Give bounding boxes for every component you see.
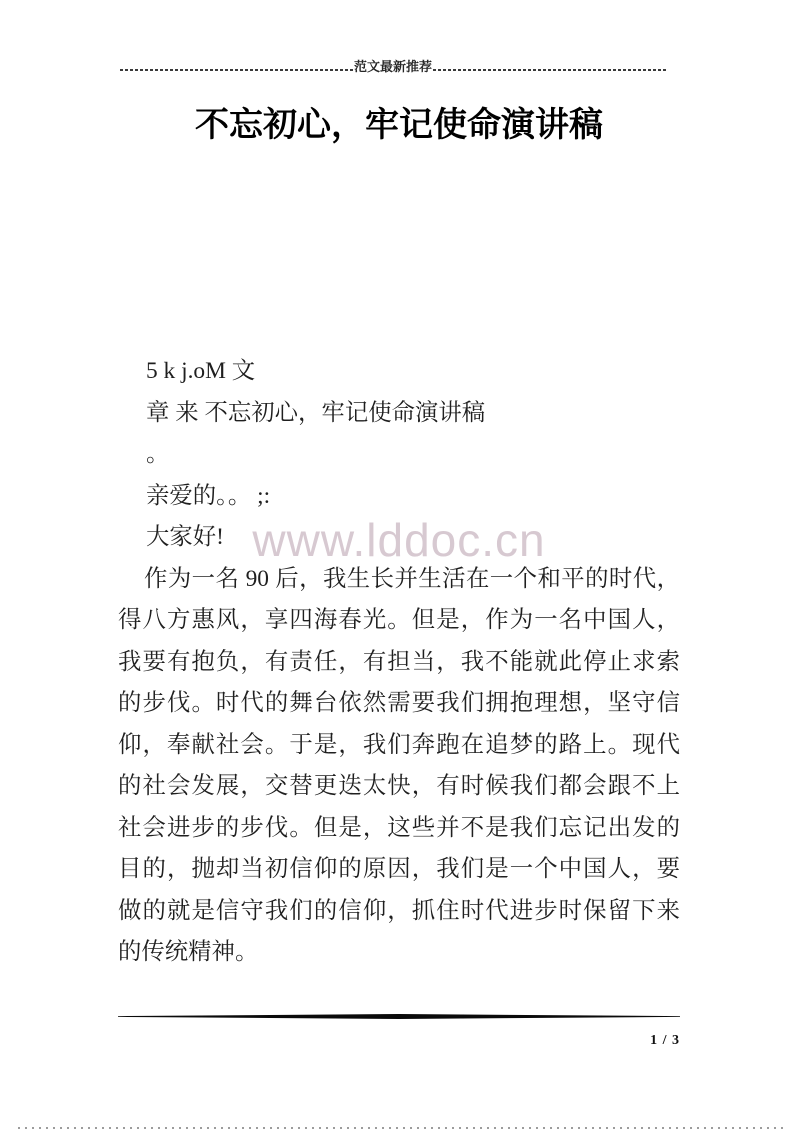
header-dash-right [433,69,666,71]
body-line: 目的，抛却当初信仰的原因，我们是一个中国人，要 [118,849,680,891]
bottom-dotted-rule [18,1127,788,1129]
body-line: 的传统精神。 [118,932,680,974]
body-line: 得八方惠风，享四海春光。但是，作为一名中国人， [118,600,680,642]
body-line: 5 k j.oM 文 [118,351,680,393]
body-line: 。 [118,434,680,476]
body-line: 的步伐。时代的舞台依然需要我们拥抱理想，坚守信 [118,683,680,725]
body-line: 作为一名 90 后，我生长并生活在一个和平的时代， [118,559,680,601]
body-line: 大家好! [118,517,680,559]
header-dash-left [120,69,353,71]
body-line: 做的就是信守我们的信仰，抓住时代进步时保留下来 [118,891,680,933]
body-line: 我要有抱负，有责任，有担当，我不能就此停止求索 [118,642,680,684]
page-number: 1 / 3 [118,1033,680,1049]
footer-rule [118,1014,680,1019]
header-dashed-rule: 范文最新推荐 [120,54,666,80]
document-title: 不忘初心，牢记使命演讲稿 [118,102,680,150]
body-line: 亲爱的。。 ;: [118,476,680,518]
body-line: 社会进步的步伐。但是，这些并不是我们忘记出发的 [118,808,680,850]
body-line: 章 来 不忘初心，牢记使命演讲稿 [118,393,680,435]
document-page: 范文最新推荐 不忘初心，牢记使命演讲稿 www.lddoc.cn 5 k j.o… [0,0,800,1132]
body-line: 的社会发展，交替更迭太快，有时候我们都会跟不上 [118,766,680,808]
document-body: 5 k j.oM 文 章 来 不忘初心，牢记使命演讲稿 。 亲爱的。。 ;: 大… [118,351,680,974]
header-label: 范文最新推荐 [353,59,433,75]
body-line: 仰，奉献社会。于是，我们奔跑在追梦的路上。现代 [118,725,680,767]
